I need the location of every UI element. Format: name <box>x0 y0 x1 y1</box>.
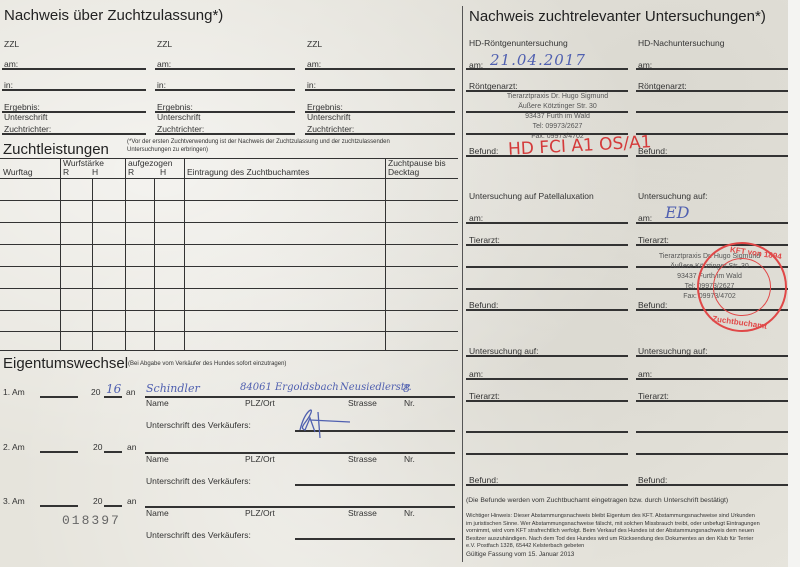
entry-2-year-prefix: 20 <box>93 442 102 452</box>
entry-1-plz-ort: 84061 Ergoldsbach <box>240 382 339 393</box>
practice-name: Tierarztpraxis Dr. Hugo Sigmund <box>500 92 615 102</box>
entry-2-name-label: Name <box>146 454 169 464</box>
entry-2-plz-label: PLZ/Ort <box>245 454 275 464</box>
entry-1-nr: 8 <box>403 382 410 395</box>
unterschrift-label-1: Unterschrift <box>4 112 47 122</box>
hinweis-line-5: e.V. Postfach 1328, 65442 Kelsterbach ge… <box>466 543 760 551</box>
col-wurfstaerke-r: R <box>63 167 69 177</box>
col-aufgezogen-r: R <box>128 167 134 177</box>
am-field-3[interactable] <box>305 68 455 70</box>
zuchtleistungen-table: Wurftag Wurfstärke R H aufgezogen R H Ei… <box>0 158 458 351</box>
unterschrift-label-3: Unterschrift <box>307 112 350 122</box>
entry-1-name-label: Name <box>146 398 169 408</box>
col-aufgezogen-h: H <box>160 167 166 177</box>
ed-tierarzt-field[interactable] <box>636 244 788 246</box>
further-right-line-1 <box>636 431 788 433</box>
hinweis-block: Wichtiger Hinweis: Dieser Abstammungsnac… <box>466 513 760 558</box>
entry-2-num: 2. Am <box>3 442 25 452</box>
entry-2-year-field[interactable] <box>104 451 122 453</box>
hd-left-line-1 <box>466 111 628 113</box>
hd-right-befund-field[interactable] <box>636 155 788 157</box>
entry-1-nr-label: Nr. <box>404 398 415 408</box>
hd-right-am-field[interactable] <box>636 68 788 70</box>
patella-befund-field[interactable] <box>466 309 628 311</box>
in-field-1[interactable] <box>2 89 146 91</box>
entry-2-nr-label: Nr. <box>404 454 415 464</box>
entry-3-date-field[interactable] <box>40 505 78 507</box>
further-left-line-1 <box>466 431 628 433</box>
practice-city: 93437 Furth im Wald <box>500 112 615 122</box>
patella-title: Untersuchung auf Patellaluxation <box>469 191 594 201</box>
entry-1-date-field[interactable] <box>40 396 78 398</box>
practice-tel: Tel: 09973/2627 <box>500 122 615 132</box>
hinweis-line-4: Besitzer auszuhändigen. Nach dem Tod des… <box>466 536 760 544</box>
further-left-title-field[interactable] <box>466 355 628 357</box>
eigentum-title: Eigentumswechsel <box>3 355 128 372</box>
entry-2-signature-field[interactable] <box>295 484 455 486</box>
entry-3-year-field[interactable] <box>104 505 122 507</box>
entry-3-strasse-label: Strasse <box>348 508 377 518</box>
entry-3-unterschrift-label: Unterschrift des Verkäufers: <box>146 530 251 540</box>
entry-2-strasse-label: Strasse <box>348 454 377 464</box>
ed-am-field[interactable] <box>636 222 788 224</box>
entry-3-plz-label: PLZ/Ort <box>245 508 275 518</box>
entry-3-year-prefix: 20 <box>93 496 102 506</box>
zuchtleistungen-title: Zuchtleistungen <box>3 141 109 158</box>
patella-tierarzt-field[interactable] <box>466 244 628 246</box>
hd-left-title: HD-Röntgenuntersuchung <box>469 38 568 48</box>
further-right-line-2 <box>636 453 788 455</box>
col-wurfstaerke-h: H <box>92 167 98 177</box>
further-left-befund-field[interactable] <box>466 484 628 486</box>
further-left-line-2 <box>466 453 628 455</box>
hd-right-line-1 <box>636 111 788 113</box>
hinweis-line-2: im juristischen Sinne. Wer Abstammungsna… <box>466 521 760 529</box>
hd-right-title: HD-Nachuntersuchung <box>638 38 724 48</box>
eigentum-note: (Bei Abgabe vom Verkäufer des Hundes sof… <box>128 361 286 368</box>
ed-am-value: ED <box>665 203 690 222</box>
entry-3-name-label: Name <box>146 508 169 518</box>
entry-3-num: 3. Am <box>3 496 25 506</box>
zulassung-title: Nachweis über Zuchtzulassung*) <box>4 7 223 24</box>
hinweis-line-3: vornimmt, wird vom KFT strafrechtlich ve… <box>466 528 760 536</box>
further-left-tierarzt-field[interactable] <box>466 400 628 402</box>
in-field-2[interactable] <box>155 89 295 91</box>
entry-1-an: an <box>126 387 135 397</box>
further-right-am-field[interactable] <box>636 378 788 380</box>
serial-number: 018397 <box>62 513 121 528</box>
zuchtleistungen-note: (*Vor der ersten Zuchtverwendung ist der… <box>127 139 390 146</box>
further-right-title-field[interactable] <box>636 355 788 357</box>
entry-1-year-field[interactable] <box>104 396 122 398</box>
further-right-befund-field[interactable] <box>636 484 788 486</box>
zzl-label-3: ZZL <box>307 39 322 49</box>
patella-am-field[interactable] <box>466 222 628 224</box>
hd-left-am-field[interactable] <box>466 68 628 70</box>
entry-1-plz-label: PLZ/Ort <box>245 398 275 408</box>
patella-line-1 <box>466 266 628 268</box>
in-field-3[interactable] <box>305 89 455 91</box>
col-eintragung: Eintragung des Zuchtbuchamtes <box>187 167 309 177</box>
untersuchungen-title: Nachweis zuchtrelevanter Untersuchungen*… <box>469 8 766 25</box>
entry-1-strasse: Neusiedlerstr. <box>340 382 412 393</box>
am-field-2[interactable] <box>155 68 295 70</box>
entry-1-signature <box>280 400 360 440</box>
zuchtrichter-field-1[interactable] <box>2 133 146 135</box>
entry-3-signature-field[interactable] <box>295 538 455 540</box>
col-decktag: Decktag <box>388 167 419 177</box>
befunde-note: (Die Befunde werden vom Zuchtbuchamt ein… <box>466 497 728 504</box>
patella-line-2 <box>466 288 628 290</box>
entry-3-an: an <box>127 496 136 506</box>
zuchtleistungen-note-2: Untersuchungen zu erbringen) <box>127 147 208 154</box>
fassung-date: Gültige Fassung vom 15. Januar 2013 <box>466 551 760 559</box>
page-edge <box>788 0 800 567</box>
entry-1-name: Schindler <box>146 382 200 395</box>
further-right-tierarzt-field[interactable] <box>636 400 788 402</box>
entry-2-unterschrift-label: Unterschrift des Verkäufers: <box>146 476 251 486</box>
hd-left-befund-field[interactable] <box>466 155 628 157</box>
hd-right-roentgenarzt-field[interactable] <box>636 90 788 92</box>
col-wurftag: Wurftag <box>3 167 33 177</box>
unterschrift-label-2: Unterschrift <box>157 112 200 122</box>
untersuchung-auf-right-title: Untersuchung auf: <box>638 191 707 201</box>
entry-3-nr-label: Nr. <box>404 508 415 518</box>
zzl-label-1: ZZL <box>4 39 19 49</box>
zuchtrichter-field-2[interactable] <box>155 133 295 135</box>
entry-1-unterschrift-label: Unterschrift des Verkäufers: <box>146 420 251 430</box>
entry-1-year: 16 <box>106 382 121 396</box>
entry-1-year-prefix: 20 <box>91 387 100 397</box>
entry-1-num: 1. Am <box>3 387 25 397</box>
entry-2-date-field[interactable] <box>40 451 78 453</box>
center-divider <box>462 6 463 562</box>
hd-right-line-2 <box>636 133 788 135</box>
zuchtrichter-field-3[interactable] <box>305 133 455 135</box>
zzl-label-2: ZZL <box>157 39 172 49</box>
entry-2-an: an <box>127 442 136 452</box>
am-field-1[interactable] <box>2 68 146 70</box>
hd-left-am-value: 21.04.2017 <box>490 51 586 69</box>
hinweis-line-1: Wichtiger Hinweis: Dieser Abstammungsnac… <box>466 513 760 521</box>
further-left-am-field[interactable] <box>466 378 628 380</box>
